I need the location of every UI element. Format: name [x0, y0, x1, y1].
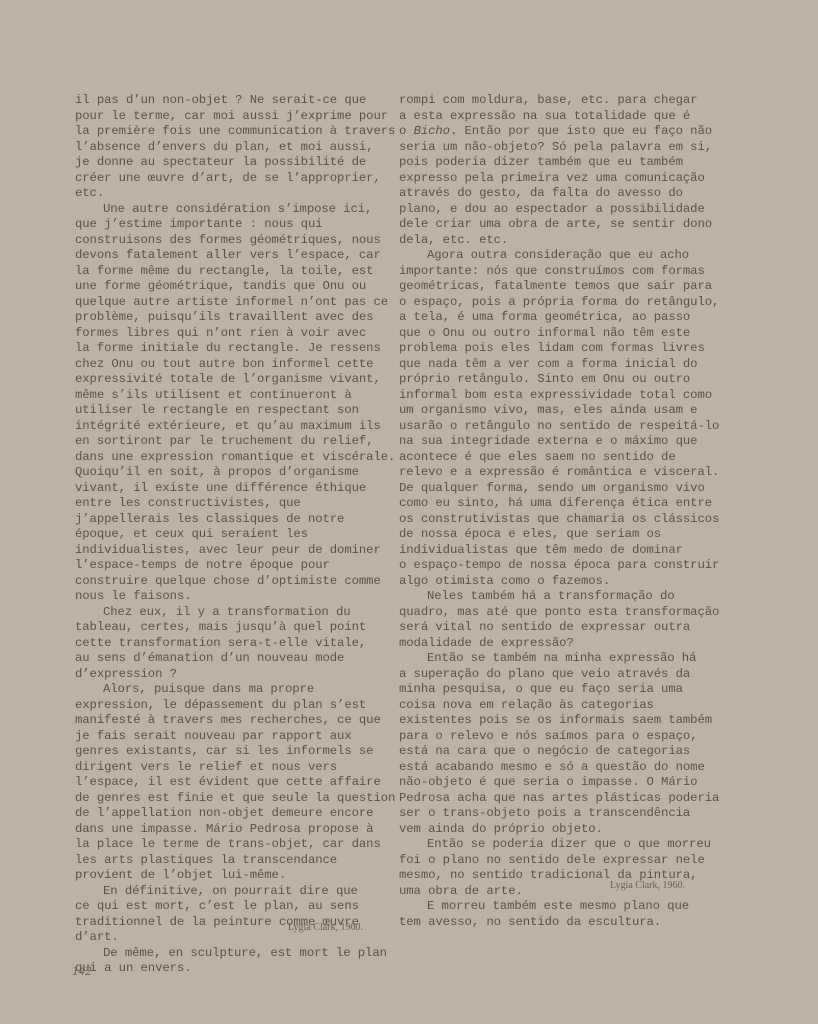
text-line: o Bicho. Então por que isto que eu faço … — [399, 124, 709, 140]
text-line: la forme même du rectangle, la toile, es… — [75, 264, 375, 280]
text-line: les arts plastiques la transcendance — [75, 853, 375, 869]
text-line: l’espace-temps de notre époque pour — [75, 558, 375, 574]
text-line: minha pesquisa, o que eu faço seria uma — [399, 682, 709, 698]
text-line: como eu sinto, há uma diferença ética en… — [399, 496, 709, 512]
text-line: je donne au spectateur la possibilité de — [75, 155, 375, 171]
text-line: devons fatalement aller vers l’espace, c… — [75, 248, 375, 264]
text-line: o espaço, pois a própria forma do retâng… — [399, 295, 709, 311]
text-line: individualistas que têm medo de dominar — [399, 543, 709, 559]
page-number: 142 — [72, 963, 92, 979]
text-line: nous le faisons. — [75, 589, 375, 605]
text-line: que nada têm a ver com a forma inicial d… — [399, 357, 709, 373]
text-line: provient de l’objet lui-même. — [75, 868, 375, 884]
text-line: genres existants, car si les informels s… — [75, 744, 375, 760]
text-line: etc. — [75, 186, 375, 202]
text-line: De qualquer forma, sendo um organismo vi… — [399, 481, 709, 497]
text-line: a superação do plano que veio através da — [399, 667, 709, 683]
text-line: d’expression ? — [75, 667, 375, 683]
text-line: construire quelque chose d’optimiste com… — [75, 574, 375, 590]
text-line: vem ainda do próprio objeto. — [399, 822, 709, 838]
text-line: époque, et ceux qui seraient les — [75, 527, 375, 543]
text-line: dela, etc. etc. — [399, 233, 709, 249]
text-line: je fais serait nouveau par rapport aux — [75, 729, 375, 745]
text-line: expression, le dépassement du plan s’est — [75, 698, 375, 714]
text-line: Quoiqu’il en soit, à propos d’organisme — [75, 465, 375, 481]
text-line: seria um não-objeto? Só pela palavra em … — [399, 140, 709, 156]
text-line: Agora outra consideração que eu acho — [399, 248, 709, 264]
text-line: la forme initiale du rectangle. Je resse… — [75, 341, 375, 357]
text-line: existentes pois se os informais saem tam… — [399, 713, 709, 729]
text-line: Neles também há a transformação do — [399, 589, 709, 605]
text-line: quadro, mas até que ponto esta transform… — [399, 605, 709, 621]
text-line: entre les constructivistes, que — [75, 496, 375, 512]
text-line: vivant, il existe une différence éthique — [75, 481, 375, 497]
signature-french: Lygia Clark, 1960. — [288, 922, 363, 933]
text-line: une forme géométrique, tandis que Onu ou — [75, 279, 375, 295]
text-line: a esta expressão na sua totalidade que é — [399, 109, 709, 125]
text-line: utiliser le rectangle en respectant son — [75, 403, 375, 419]
text-line: geométricas, fatalmente temos que sair p… — [399, 279, 709, 295]
text-line: même s’ils utilisent et continueront à — [75, 388, 375, 404]
text-line: cette transformation sera-t-elle vitale, — [75, 636, 375, 652]
text-line: formes libres qui n’ont rien à voir avec — [75, 326, 375, 342]
text-line: problème, puisqu’ils travaillent avec de… — [75, 310, 375, 326]
text-line: através do gesto, da falta do avesso do — [399, 186, 709, 202]
text-line: créer une œuvre d’art, de se l’approprie… — [75, 171, 375, 187]
text-line: Então se também na minha expressão há — [399, 651, 709, 667]
text-line: dele criar uma obra de arte, se sentir d… — [399, 217, 709, 233]
text-line: expressivité totale de l’organisme vivan… — [75, 372, 375, 388]
text-line: il pas d’un non-objet ? Ne serait-ce que — [75, 93, 375, 109]
text-line: algo otimista como o fazemos. — [399, 574, 709, 590]
text-line: intégrité extérieure, et qu’au maximum i… — [75, 419, 375, 435]
text-line: de l’appellation non-objet demeure encor… — [75, 806, 375, 822]
text-line: o espaço-tempo de nossa época para const… — [399, 558, 709, 574]
text-line: coisa nova em relação às categorias — [399, 698, 709, 714]
text-line: chez Onu ou tout autre bon informel cett… — [75, 357, 375, 373]
text-line: de genres est finie et que seule la ques… — [75, 791, 375, 807]
text-line: E morreu também este mesmo plano que — [399, 899, 709, 915]
text-line: um organismo vivo, mas, eles ainda usam … — [399, 403, 709, 419]
text-line: manifesté à travers mes recherches, ce q… — [75, 713, 375, 729]
text-line: modalidade de expressão? — [399, 636, 709, 652]
text-line: problema pois eles lidam com formas livr… — [399, 341, 709, 357]
text-line: usarão o retângulo no sentido de respeit… — [399, 419, 709, 435]
text-line: Une autre considération s’impose ici, — [75, 202, 375, 218]
text-line: próprio retângulo. Sinto em Onu ou outro — [399, 372, 709, 388]
text-line: que j’estime importante : nous qui — [75, 217, 375, 233]
text-line: acontece é que eles saem no sentido de — [399, 450, 709, 466]
signature-portuguese: Lygia Clark, 1960. — [610, 880, 685, 891]
text-line: en sortiront par le truchement du relief… — [75, 434, 375, 450]
text-line: importante: nós que construímos com form… — [399, 264, 709, 280]
text-line: pour le terme, car moi aussi j’exprime p… — [75, 109, 375, 125]
text-line: está na cara que o negócio de categorias — [399, 744, 709, 760]
text-line: Então se poderia dizer que o que morreu — [399, 837, 709, 853]
text-line: ce qui est mort, c’est le plan, au sens — [75, 899, 375, 915]
text-line: individualistes, avec leur peur de domin… — [75, 543, 375, 559]
text-line: tem avesso, no sentido da escultura. — [399, 915, 709, 931]
text-line: ser o trans-objeto pois a transcendência — [399, 806, 709, 822]
text-line: está acabando mesmo e só a questão do no… — [399, 760, 709, 776]
text-line: para o relevo e nós saímos para o espaço… — [399, 729, 709, 745]
text-line: dans une expression romantique et viscér… — [75, 450, 375, 466]
text-line: na sua integridade externa e o máximo qu… — [399, 434, 709, 450]
text-line: dans une impasse. Mário Pedrosa propose … — [75, 822, 375, 838]
text-line: l’espace, il est évident que cette affai… — [75, 775, 375, 791]
text-line: l’absence d’envers du plan, et moi aussi… — [75, 140, 375, 156]
text-line: rompi com moldura, base, etc. para chega… — [399, 93, 709, 109]
text-line: não-objeto é que seria o impasse. O Mári… — [399, 775, 709, 791]
text-line: quelque autre artiste informel n’ont pas… — [75, 295, 375, 311]
french-text-column: il pas d’un non-objet ? Ne serait-ce que… — [75, 93, 375, 977]
text-line: Chez eux, il y a transformation du — [75, 605, 375, 621]
text-line: a tela, é uma forma geométrica, ao passo — [399, 310, 709, 326]
text-line: dirigent vers le relief et nous vers — [75, 760, 375, 776]
text-line: que o Onu ou outro informal não têm este — [399, 326, 709, 342]
text-line: informal bom esta expressividade total c… — [399, 388, 709, 404]
text-line: tableau, certes, mais jusqu’à quel point — [75, 620, 375, 636]
text-line: Alors, puisque dans ma propre — [75, 682, 375, 698]
text-line: expresso pela primeira vez uma comunicaç… — [399, 171, 709, 187]
text-line: la première fois une communication à tra… — [75, 124, 375, 140]
text-line: qui a un envers. — [75, 961, 375, 977]
text-line: plano, e dou ao espectador a possibilida… — [399, 202, 709, 218]
text-line: En définitive, on pourrait dire que — [75, 884, 375, 900]
text-line: j’appellerais les classiques de notre — [75, 512, 375, 528]
portuguese-text-column: rompi com moldura, base, etc. para chega… — [399, 93, 709, 930]
text-line: la place le terme de trans-objet, car da… — [75, 837, 375, 853]
text-line: de nossa época e eles, que seriam os — [399, 527, 709, 543]
artwork-title: Bicho — [414, 124, 450, 138]
text-line: construisons des formes géométriques, no… — [75, 233, 375, 249]
text-line: pois poderia dizer também que eu também — [399, 155, 709, 171]
text-line: De même, en sculpture, est mort le plan — [75, 946, 375, 962]
text-line: será vital no sentido de expressar outra — [399, 620, 709, 636]
text-line: au sens d’émanation d’un nouveau mode — [75, 651, 375, 667]
text-line: os construtivistas que chamaria os cláss… — [399, 512, 709, 528]
text-line: relevo e a expressão é romântica e visce… — [399, 465, 709, 481]
text-line: foi o plano no sentido dele expressar ne… — [399, 853, 709, 869]
text-line: Pedrosa acha que nas artes plásticas pod… — [399, 791, 709, 807]
